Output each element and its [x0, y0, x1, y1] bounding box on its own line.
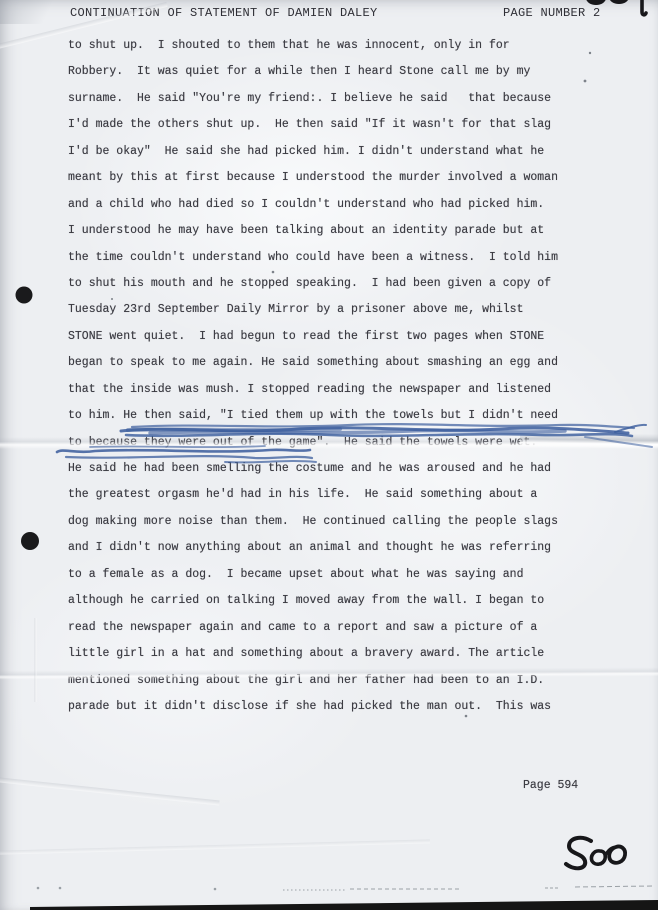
statement-line: although he carried on talking I moved a… — [68, 588, 628, 614]
statement-line: He said he had been smelling the costume… — [68, 456, 628, 482]
paper-crease — [34, 618, 37, 702]
paper-crease — [0, 775, 220, 805]
statement-line-underlined: to him. He then said, "I tied them up wi… — [68, 403, 628, 429]
statement-line: little girl in a hat and something about… — [68, 641, 628, 667]
statement-line: dog making more noise than them. He cont… — [68, 509, 628, 535]
statement-line: I'd be okay" He said she had picked him.… — [68, 139, 628, 165]
scan-edge-strip — [30, 900, 658, 910]
statement-line: to shut up. I shouted to them that he wa… — [68, 33, 628, 59]
statement-line: to shut his mouth and he stopped speakin… — [68, 271, 628, 297]
statement-line: parade but it didn't disclose if she had… — [68, 694, 628, 720]
statement-line: and I didn't now anything about an anima… — [68, 535, 628, 561]
statement-line: to a female as a dog. I became upset abo… — [68, 562, 628, 588]
statement-line: began to speak to me again. He said some… — [68, 350, 628, 376]
statement-line: I understood he may have been talking ab… — [68, 218, 628, 244]
statement-line: Tuesday 23rd September Daily Mirror by a… — [68, 297, 628, 323]
perforation-dots — [37, 886, 652, 890]
scanned-statement-page: CONTINUATION OF STATEMENT OF DAMIEN DALE… — [0, 0, 658, 910]
footer-page-number: Page 594 — [523, 779, 578, 792]
header-page-number: PAGE NUMBER 2 — [503, 6, 601, 20]
header-title: CONTINUATION OF STATEMENT OF DAMIEN DALE… — [70, 6, 378, 20]
statement-line: that the inside was mush. I stopped read… — [68, 377, 628, 403]
statement-line: meant by this at first because I underst… — [68, 165, 628, 191]
statement-line-underlined: to because they were out of the game". H… — [68, 430, 628, 456]
statement-line: the greatest orgasm he'd had in his life… — [68, 482, 628, 508]
statement-line: the time couldn't understand who could h… — [68, 245, 628, 271]
handwritten-number — [566, 838, 625, 868]
statement-line: surname. He said "You're my friend:. I b… — [68, 86, 628, 112]
statement-line: STONE went quiet. I had begun to read th… — [68, 324, 628, 350]
hole-punch-icon — [16, 287, 40, 551]
page-header: CONTINUATION OF STATEMENT OF DAMIEN DALE… — [0, 4, 658, 24]
statement-line: Robbery. It was quiet for a while then I… — [68, 59, 628, 85]
paper-crease — [0, 839, 430, 854]
statement-line: I'd made the others shut up. He then sai… — [68, 112, 628, 138]
statement-line: and a child who had died so I couldn't u… — [68, 192, 628, 218]
statement-line: mentioned something about the girl and h… — [68, 668, 628, 694]
statement-body: to shut up. I shouted to them that he wa… — [68, 33, 628, 720]
statement-line: read the newspaper again and came to a r… — [68, 615, 628, 641]
